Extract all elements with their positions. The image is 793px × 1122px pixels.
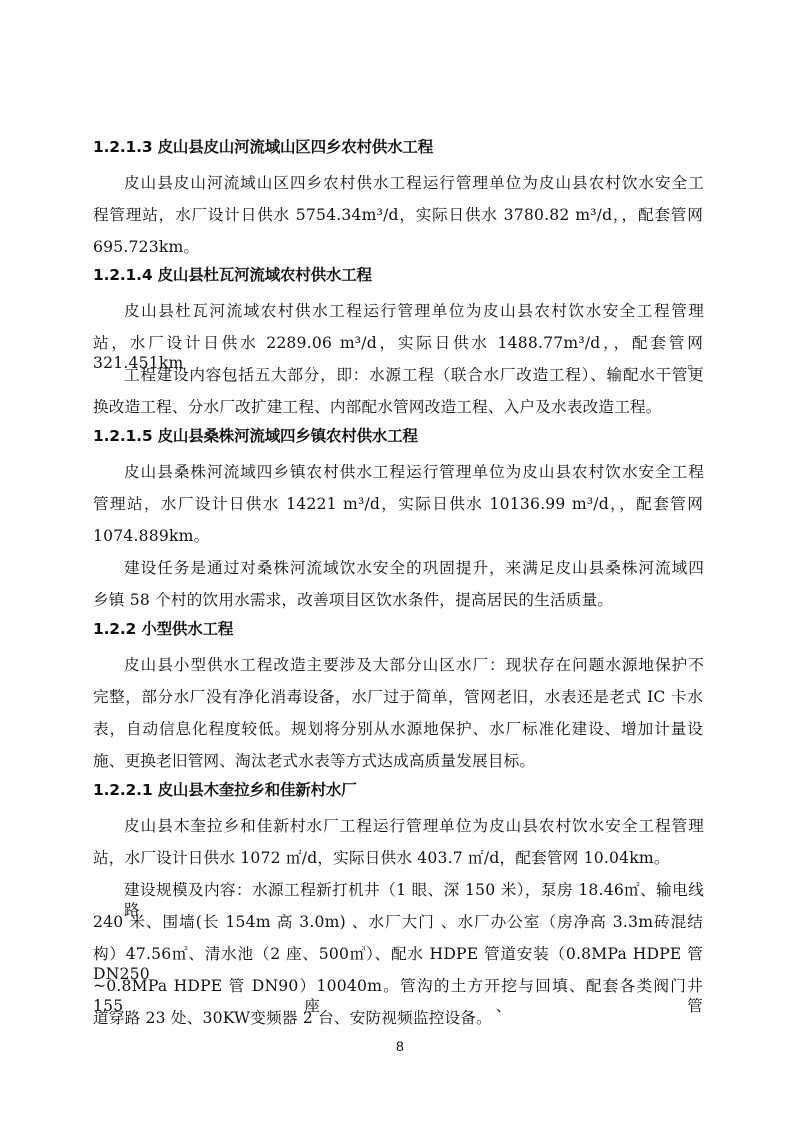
paragraph-line: 程管理站，水厂设计日供水 5754.34m³/d，实际日供水 3780.82 m…	[93, 205, 703, 225]
paragraph-line: 施、更换老旧管网、淘汰老式水表等方式达成高质量发展目标。	[93, 751, 703, 771]
section-heading-1-2-1-5: 1.2.1.5 皮山县桑株河流域四乡镇农村供水工程	[93, 426, 703, 446]
paragraph-line: 管理站，水厂设计日供水 14221 m³/d，实际日供水 10136.99 m³…	[93, 494, 703, 514]
section-heading-1-2-1-4: 1.2.1.4 皮山县杜瓦河流域农村供水工程	[93, 265, 703, 285]
paragraph-line: 表，自动信息化程度较低。规划将分别从水源地保护、水厂标准化建设、增加计量设	[93, 719, 703, 739]
document-page: 1.2.1.3 皮山县皮山河流域山区四乡农村供水工程 皮山县皮山河流域山区四乡农…	[0, 0, 793, 1122]
paragraph-line: 乡镇 58 个村的饮用水需求，改善项目区饮水条件，提高居民的生活质量。	[93, 590, 703, 610]
paragraph-line: 240 米、围墙(长 154m 高 3.0m) 、水厂大门 、水厂办公室（房净高…	[93, 912, 703, 932]
page-number: 8	[396, 1038, 404, 1054]
section-heading-1-2-2: 1.2.2 小型供水工程	[93, 619, 703, 639]
paragraph-line: 工程建设内容包括五大部分，即：水源工程（联合水厂改造工程）、输配水干管更	[124, 365, 704, 385]
paragraph-line: 道穿路 23 处、30KW变频器 2 台、安防视频监控设备。	[93, 1008, 703, 1028]
paragraph-line: 1074.889km。	[93, 526, 703, 546]
paragraph-line: 完整，部分水厂没有净化消毒设备，水厂过于简单，管网老旧，水表还是老式 IC 卡水	[93, 687, 703, 707]
paragraph-line: 695.723km。	[93, 237, 703, 257]
paragraph-line: 皮山县木奎拉乡和佳新村水厂工程运行管理单位为皮山县农村饮水安全工程管理	[124, 816, 704, 836]
paragraph-line: 皮山县小型供水工程改造主要涉及大部分山区水厂：现状存在问题水源地保护不	[124, 655, 704, 675]
paragraph-line: 皮山县桑株河流域四乡镇农村供水工程运行管理单位为皮山县农村饮水安全工程	[124, 462, 704, 482]
paragraph-line: 站，水厂设计日供水 1072 ㎡/d，实际日供水 403.7 ㎡/d，配套管网 …	[93, 848, 703, 868]
paragraph-line: 皮山县杜瓦河流域农村供水工程运行管理单位为皮山县农村饮水安全工程管理	[124, 301, 704, 321]
paragraph-line: 皮山县皮山河流域山区四乡农村供水工程运行管理单位为皮山县农村饮水安全工	[124, 173, 704, 193]
paragraph-line: 建设任务是通过对桑株河流域饮水安全的巩固提升，来满足皮山县桑株河流域四	[124, 558, 704, 578]
paragraph-line: 换改造工程、分水厂改扩建工程、内部配水管网改造工程、入户及水表改造工程。	[93, 397, 703, 417]
section-heading-1-2-1-3: 1.2.1.3 皮山县皮山河流域山区四乡农村供水工程	[93, 137, 703, 157]
section-heading-1-2-2-1: 1.2.2.1 皮山县木奎拉乡和佳新村水厂	[93, 780, 703, 800]
